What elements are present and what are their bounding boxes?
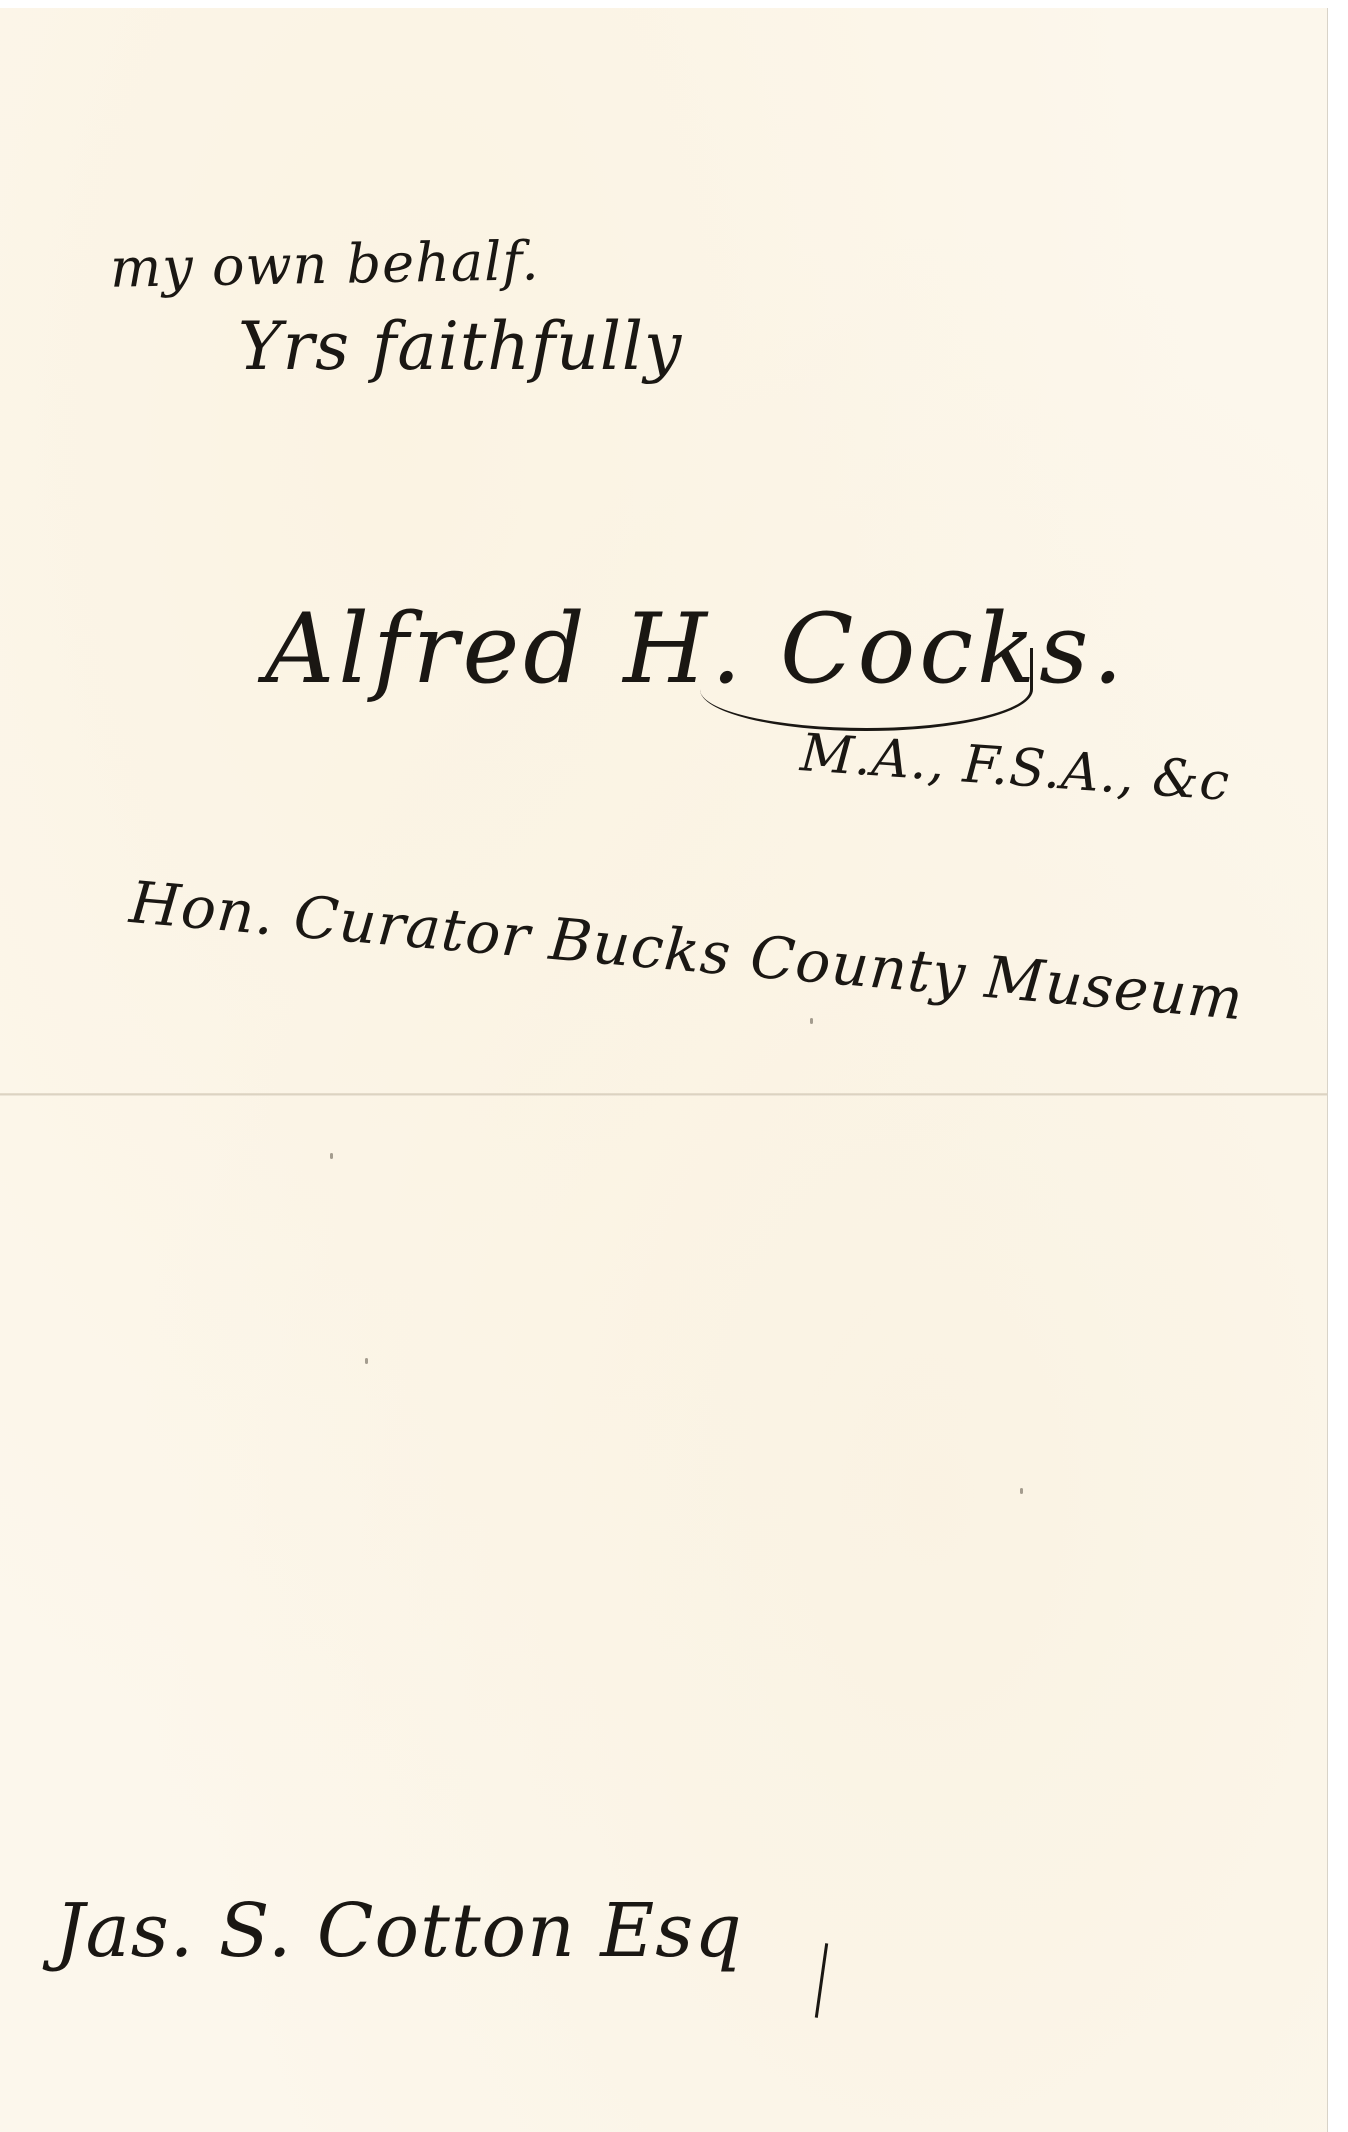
paper-speck [1020,1488,1023,1494]
paper-fold-line [0,1093,1327,1096]
paper-speck [810,1018,813,1024]
signature-flourish [700,648,1033,731]
addressee: Jas. S. Cotton Esq [55,1888,743,1974]
valediction: Yrs faithfully [238,308,682,385]
letter-page: my own behalf. Yrs faithfully Alfred H. … [0,8,1327,2132]
addressee-flourish [815,1943,828,2018]
curator-title: Hon. Curator Bucks County Museum [127,868,1246,1033]
credentials: M.A., F.S.A., &c [798,723,1231,813]
paper-speck [330,1153,333,1159]
closing-fragment: my own behalf. [109,229,540,299]
paper-speck [365,1358,368,1364]
